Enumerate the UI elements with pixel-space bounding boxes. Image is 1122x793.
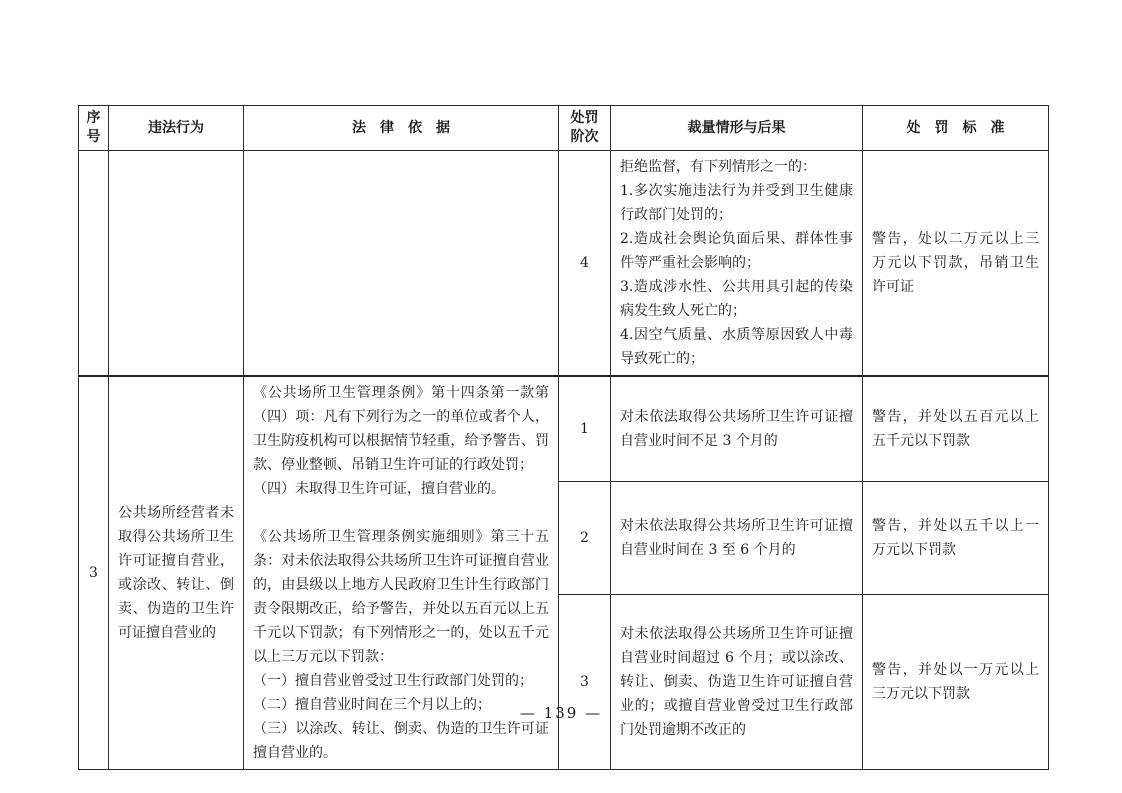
penalty-level-cell: 3: [559, 594, 611, 769]
table-row-3-sub-1: 3 公共场所经营者未取得公共场所卫生许可证擅自营业，或涂改、转让、倒卖、伪造的卫…: [79, 376, 1049, 481]
col-header-penalty-standard: 处 罚 标 准: [863, 106, 1049, 151]
penalty-standard-cell: 警告，并处以五千以上一万元以下罚款: [863, 481, 1049, 594]
penalty-discretion-table: 序 号 违法行为 法 律 依 据 处罚 阶次 裁量情形与后果 处 罚 标 准 4…: [78, 105, 1049, 770]
col-header-illegal-act: 违法行为: [109, 106, 244, 151]
table-row-continuation: 4 拒绝监督，有下列情形之一的： 1.多次实施违法行为并受到卫生健康行政部门处罚…: [79, 151, 1049, 377]
serial-number-cell: [79, 151, 109, 377]
circumstances-cell: 对未依法取得公共场所卫生许可证擅自营业时间在 3 至 6 个月的: [611, 481, 863, 594]
circumstances-cell: 拒绝监督，有下列情形之一的： 1.多次实施违法行为并受到卫生健康行政部门处罚的；…: [611, 151, 863, 377]
circumstances-cell: 对未依法取得公共场所卫生许可证擅自营业时间超过 6 个月；或以涂改、转让、倒卖、…: [611, 594, 863, 769]
circumstances-cell: 对未依法取得公共场所卫生许可证擅自营业时间不足 3 个月的: [611, 376, 863, 481]
penalty-standard-cell: 警告，并处以五百元以上五千元以下罚款: [863, 376, 1049, 481]
penalty-level-cell: 4: [559, 151, 611, 377]
col-header-serial-number: 序 号: [79, 106, 109, 151]
penalty-standard-cell: 警告，处以二万元以上三万元以下罚款，吊销卫生许可证: [863, 151, 1049, 377]
col-header-legal-basis: 法 律 依 据: [244, 106, 559, 151]
legal-basis-cell: [244, 151, 559, 377]
illegal-act-cell: [109, 151, 244, 377]
table-header-row: 序 号 违法行为 法 律 依 据 处罚 阶次 裁量情形与后果 处 罚 标 准: [79, 106, 1049, 151]
penalty-level-cell: 1: [559, 376, 611, 481]
page-number: — 139 —: [0, 704, 1122, 722]
col-header-penalty-level: 处罚 阶次: [559, 106, 611, 151]
col-header-circumstances: 裁量情形与后果: [611, 106, 863, 151]
document-page: 序 号 违法行为 法 律 依 据 处罚 阶次 裁量情形与后果 处 罚 标 准 4…: [0, 0, 1122, 793]
penalty-standard-cell: 警告，并处以一万元以上三万元以下罚款: [863, 594, 1049, 769]
penalty-level-cell: 2: [559, 481, 611, 594]
